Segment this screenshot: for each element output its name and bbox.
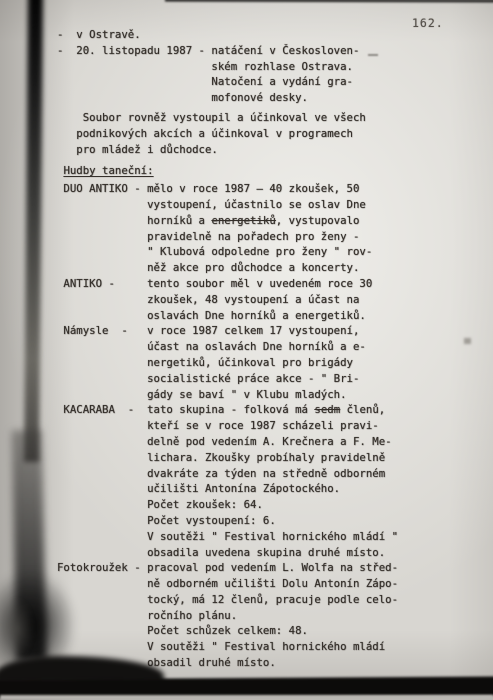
typed-line: Námysle - v roce 1987 celkem 17 vystoupe… (57, 323, 398, 339)
scanned-document-page: 162. - v Ostravě.- 20. listopadu 1987 - … (0, 0, 493, 700)
typed-line: vystoupení, účastnilo se oslav Dne (57, 197, 398, 213)
typed-line: DUO ANTIKO - mělo v roce 1987 — 40 zkouš… (57, 181, 398, 197)
typed-line: podnikových akcích a účinkoval v program… (57, 126, 398, 142)
typed-line: kteří se v roce 1987 scházeli pravi- (57, 418, 398, 434)
typed-line: Fotokroužek - pracoval pod vedením L. Wo… (57, 560, 398, 576)
typed-line: Hudby taneční: (57, 163, 398, 179)
typed-line: tocký, má 12 členů, pracuje podle celo- (57, 592, 398, 608)
typed-line: pravidelně na pořadech pro ženy - (57, 229, 398, 245)
typed-line: V soutěži " Festival hornického mládí (57, 639, 398, 655)
typed-line: V soutěži " Festival hornického mládí " (57, 529, 398, 545)
typed-line: Počet zkoušek: 64. (57, 497, 398, 513)
typed-line: ském rozhlase Ostrava. (57, 59, 398, 75)
scan-smudge (464, 338, 471, 344)
scan-edge-top (165, 0, 493, 2)
overstruck-word: sedm (314, 403, 340, 416)
typed-line: ANTIKO - tento soubor měl v uvedeném roc… (57, 276, 398, 292)
typed-line: lichara. Zkoušky probíhaly pravidelně (57, 450, 398, 466)
typed-line: oslavách Dne horníků a energetiků. (57, 308, 398, 324)
typed-line: delně pod vedením A. Krečnera a F. Me- (57, 434, 398, 450)
typed-line: nergetiků, účinkoval pro brigády (57, 355, 398, 371)
typed-line: účast na oslavách Dne horníků a e- (57, 339, 398, 355)
typed-line: - v Ostravě. (57, 27, 398, 43)
binding-shadow-top (24, 0, 43, 462)
typed-line: dvakráte za týden na středně odborném (57, 466, 398, 482)
typed-line: zkoušek, 48 vystoupení a účast na (57, 292, 398, 308)
typed-line: " Klubová odpoledne pro ženy " rov- (57, 244, 398, 260)
overstruck-word: energetiků (211, 214, 275, 227)
typed-text: - v Ostravě.- 20. listopadu 1987 - natáč… (57, 27, 398, 671)
page-number: 162. (412, 16, 444, 30)
typed-line: Počet vystoupení: 6. (57, 513, 398, 529)
typed-line: něž akce pro důchodce a koncerty. (57, 260, 398, 276)
typed-line: Natočení a vydání gra- (57, 74, 398, 90)
typed-line: Soubor rovněž vystoupil a účinkoval ve v… (57, 110, 398, 126)
section-heading: Hudby taneční: (63, 164, 153, 177)
typed-line: gády se baví " v Klubu mladých. (57, 387, 398, 403)
page-bottom-edge (0, 695, 493, 700)
typed-line: pro mládež i důchodce. (57, 142, 398, 158)
typed-line: Počet schůzek celkem: 48. (57, 623, 398, 639)
typed-line: ročního plánu. (57, 608, 398, 624)
typed-line: KACARABA - tato skupina - folková má sed… (57, 402, 398, 418)
typed-line: ně odborném učilišti Dolu Antonín Zápo- (57, 576, 398, 592)
typed-line: mofonové desky. (57, 90, 398, 106)
typed-line: socialistické práce akce - " Bri- (57, 371, 398, 387)
typed-line: horníků a energetiků, vystupovalo (57, 213, 398, 229)
typed-line: - 20. listopadu 1987 - natáčení v Českos… (57, 43, 398, 59)
scan-smudge (0, 598, 34, 660)
typed-line: obsadila uvedena skupina druhé místo. (57, 545, 398, 561)
typed-line: učilišti Antonína Zápotockého. (57, 481, 398, 497)
